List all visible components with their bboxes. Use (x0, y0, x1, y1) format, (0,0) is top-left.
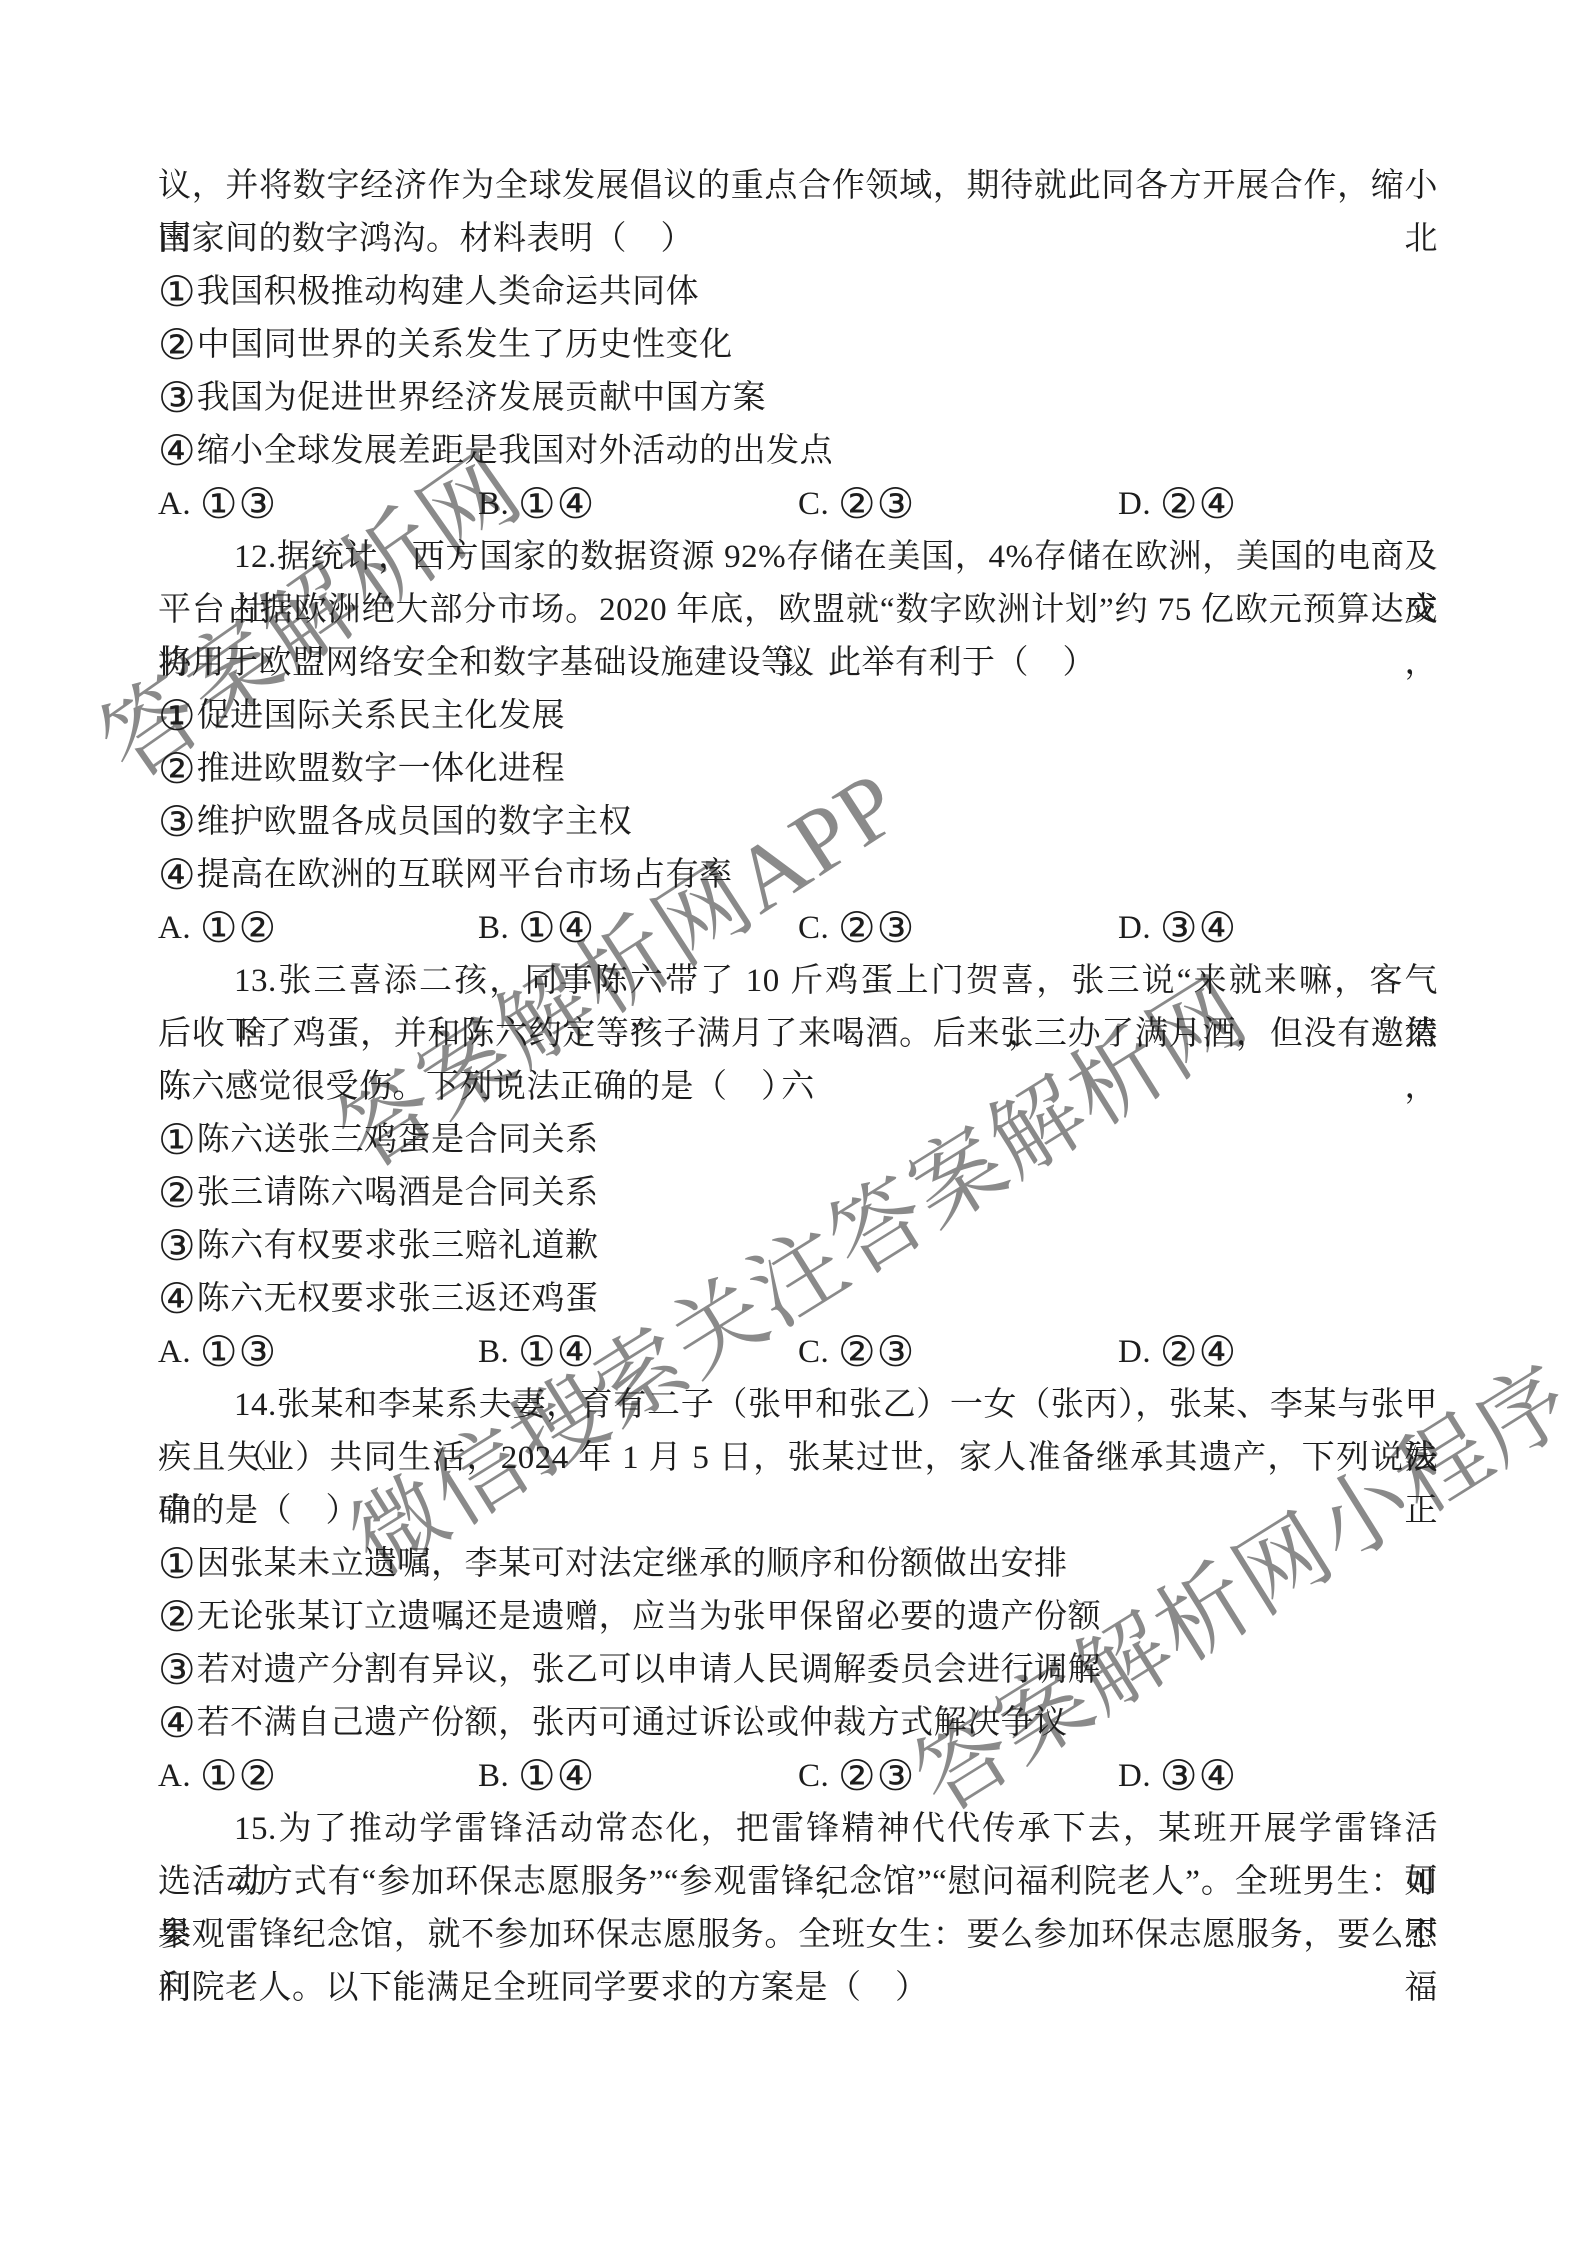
circled-digit: ①④ (518, 1754, 595, 1800)
circled-digit: ①② (200, 1754, 277, 1800)
circled-digit: ③④ (1160, 906, 1237, 952)
document-line: 参观雷锋纪念馆，就不参加环保志愿服务。全班女生：要么参加环保志愿服务，要么慰问福 (158, 1909, 1438, 1962)
circled-digit: ② (158, 747, 197, 793)
circled-digit: ①④ (518, 906, 595, 952)
answer-option: D. ②④ (1118, 1326, 1237, 1379)
answer-option: A. ①② (158, 902, 478, 955)
answer-options-row: A. ①③B. ①④C. ②③D. ②④ (158, 478, 1438, 531)
circled-digit: ①③ (200, 482, 277, 528)
document-line: ③我国为促进世界经济发展贡献中国方案 (158, 372, 1438, 425)
document-line: ①因张某未立遗嘱，李某可对法定继承的顺序和份额做出安排 (158, 1538, 1438, 1591)
answer-option: D. ③④ (1118, 902, 1237, 955)
answer-option: A. ①③ (158, 478, 478, 531)
answer-option: B. ①④ (478, 1326, 798, 1379)
circled-digit: ④ (158, 1701, 197, 1747)
document-line: ②张三请陈六喝酒是合同关系 (158, 1167, 1438, 1220)
circled-digit: ③ (158, 1224, 197, 1270)
circled-digit: ②④ (1160, 1330, 1237, 1376)
circled-digit: ① (158, 1542, 197, 1588)
document-line: 15.为了推动学雷锋活动常态化，把雷锋精神代代传承下去，某班开展学雷锋活动，可 (158, 1803, 1438, 1856)
circled-digit: ②④ (1160, 482, 1237, 528)
document-line: ④缩小全球发展差距是我国对外活动的出发点 (158, 425, 1438, 478)
circled-digit: ① (158, 694, 197, 740)
answer-option: D. ②④ (1118, 478, 1237, 531)
circled-digit: ①④ (518, 1330, 595, 1376)
document-line: ②中国同世界的关系发生了历史性变化 (158, 319, 1438, 372)
answer-option: C. ②③ (798, 1326, 1118, 1379)
circled-digit: ③ (158, 800, 197, 846)
document-line: ③陈六有权要求张三赔礼道歉 (158, 1220, 1438, 1273)
document-line: ②无论张某订立遗嘱还是遗赠，应当为张甲保留必要的遗产份额 (158, 1591, 1438, 1644)
document-line: 后收下了鸡蛋，并和陈六约定等孩子满月了来喝酒。后来张三办了满月酒，但没有邀请陈六… (158, 1008, 1438, 1061)
circled-digit: ④ (158, 853, 197, 899)
answer-options-row: A. ①③B. ①④C. ②③D. ②④ (158, 1326, 1438, 1379)
exam-page: 答案解析网答案解析网APP微信搜索关注答案解析网答案解析网小程序 议，并将数字经… (0, 0, 1587, 2245)
answer-option: A. ①② (158, 1750, 478, 1803)
circled-digit: ② (158, 323, 197, 369)
circled-digit: ③ (158, 1648, 197, 1694)
answer-option: B. ①④ (478, 478, 798, 531)
document-line: ①促进国际关系民主化发展 (158, 690, 1438, 743)
document-line: 疾且失业）共同生活，2024 年 1 月 5 日，张某过世，家人准备继承其遗产，… (158, 1432, 1438, 1485)
document-line: ④陈六无权要求张三返还鸡蛋 (158, 1273, 1438, 1326)
answer-option: C. ②③ (798, 902, 1118, 955)
answer-option: A. ①③ (158, 1326, 478, 1379)
document-line: ③维护欧盟各成员国的数字主权 (158, 796, 1438, 849)
circled-digit: ③④ (1160, 1754, 1237, 1800)
document-line: ②推进欧盟数字一体化进程 (158, 743, 1438, 796)
answer-option: C. ②③ (798, 478, 1118, 531)
circled-digit: ②③ (838, 1754, 915, 1800)
circled-digit: ① (158, 1118, 197, 1164)
document-line: 议，并将数字经济作为全球发展倡议的重点合作领域，期待就此同各方开展合作，缩小南北 (158, 160, 1438, 213)
answer-option: D. ③④ (1118, 1750, 1237, 1803)
circled-digit: ④ (158, 1277, 197, 1323)
answer-options-row: A. ①②B. ①④C. ②③D. ③④ (158, 902, 1438, 955)
document-line: ④若不满自己遗产份额，张丙可通过诉讼或仲裁方式解决争议 (158, 1697, 1438, 1750)
document-line: ①我国积极推动构建人类命运共同体 (158, 266, 1438, 319)
circled-digit: ②③ (838, 482, 915, 528)
answer-option: B. ①④ (478, 1750, 798, 1803)
circled-digit: ② (158, 1595, 197, 1641)
document-line: ④提高在欧洲的互联网平台市场占有率 (158, 849, 1438, 902)
document-content: 议，并将数字经济作为全球发展倡议的重点合作领域，期待就此同各方开展合作，缩小南北… (158, 160, 1438, 2015)
document-line: 平台占据欧洲绝大部分市场。2020 年底，欧盟就“数字欧洲计划”约 75 亿欧元… (158, 584, 1438, 637)
circled-digit: ②③ (838, 906, 915, 952)
circled-digit: ② (158, 1171, 197, 1217)
document-line: 12.据统计，西方国家的数据资源 92%存储在美国，4%存储在欧洲，美国的电商及… (158, 531, 1438, 584)
answer-options-row: A. ①②B. ①④C. ②③D. ③④ (158, 1750, 1438, 1803)
document-line: 13.张三喜添二孩，同事陈六带了 10 斤鸡蛋上门贺喜，张三说“来就来嘛，客气啥… (158, 955, 1438, 1008)
document-line: ③若对遗产分割有异议，张乙可以申请人民调解委员会进行调解 (158, 1644, 1438, 1697)
circled-digit: ②③ (838, 1330, 915, 1376)
circled-digit: ① (158, 270, 197, 316)
answer-option: C. ②③ (798, 1750, 1118, 1803)
circled-digit: ③ (158, 376, 197, 422)
answer-option: B. ①④ (478, 902, 798, 955)
document-line: ①陈六送张三鸡蛋是合同关系 (158, 1114, 1438, 1167)
circled-digit: ①③ (200, 1330, 277, 1376)
document-line: 选活动方式有“参加环保志愿服务”“参观雷锋纪念馆”“慰问福利院老人”。全班男生：… (158, 1856, 1438, 1909)
circled-digit: ①④ (518, 482, 595, 528)
circled-digit: ④ (158, 429, 197, 475)
document-line: 14.张某和李某系夫妻，育有二子（张甲和张乙）一女（张丙），张某、李某与张甲（残 (158, 1379, 1438, 1432)
circled-digit: ①② (200, 906, 277, 952)
